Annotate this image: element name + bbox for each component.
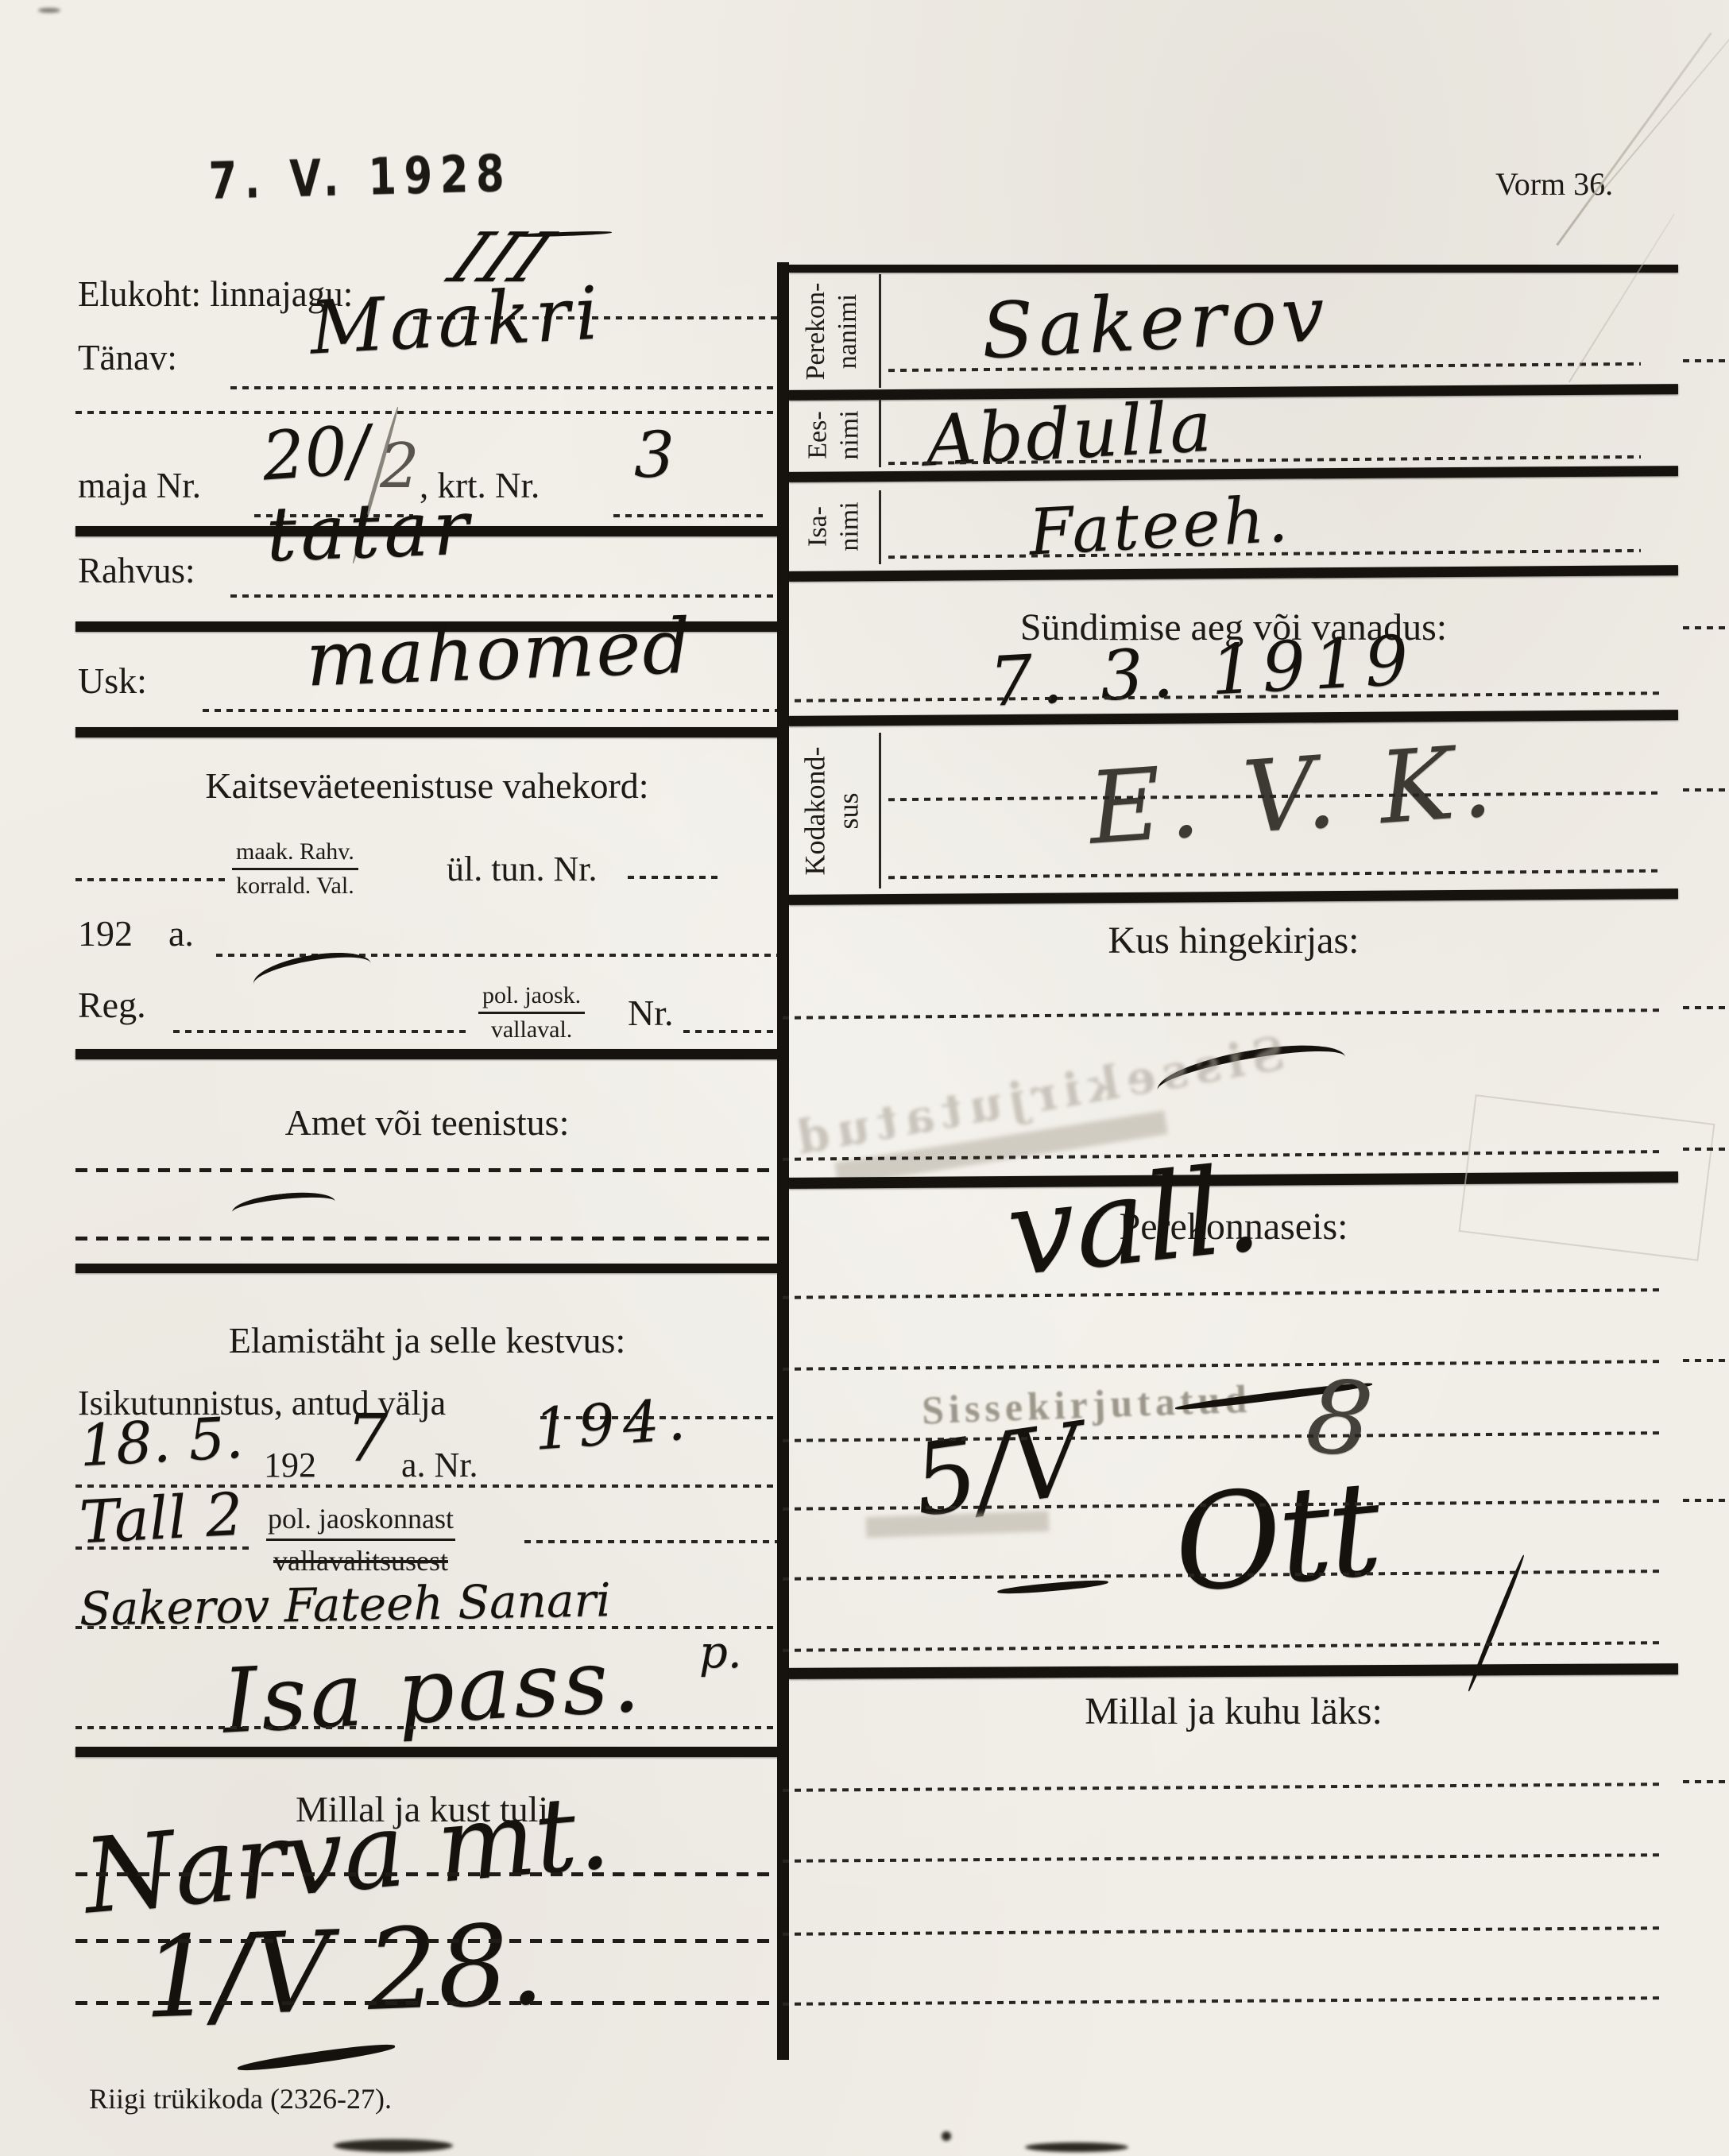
divider xyxy=(789,888,1678,905)
issue-year-printed: 192 xyxy=(264,1445,316,1485)
margin-line-stub xyxy=(1683,788,1727,792)
rahvus-label: Rahvus: xyxy=(78,550,195,591)
usk-value: mahomed xyxy=(304,610,693,699)
label-line: Ees- xyxy=(803,411,833,459)
margin-line-stub xyxy=(1683,1499,1727,1502)
clerk-signature: Ott xyxy=(1169,1463,1383,1612)
dotted-line xyxy=(524,1540,779,1543)
dotted-line xyxy=(783,1926,1665,1936)
label-line: sus xyxy=(833,792,864,829)
elamistaht-section-heading: Elamistäht ja selle kestvus: xyxy=(75,1319,779,1361)
divider xyxy=(75,1049,779,1059)
reg-nr-label: Nr. xyxy=(628,992,674,1034)
maja-nr-value: 20/ xyxy=(260,416,372,490)
label-line: Isa- xyxy=(803,506,833,547)
dotted-line xyxy=(628,876,721,879)
margin-line-stub xyxy=(1683,626,1727,629)
dotted-line xyxy=(613,514,767,517)
divider xyxy=(789,565,1678,582)
divider xyxy=(789,710,1678,726)
tuli-date-value: 1/V 28. xyxy=(141,1910,546,2035)
label-line: Kodakond- xyxy=(799,747,831,876)
dotted-line xyxy=(203,709,779,712)
military-authority-fraction: maak. Rahv. korrald. Val. xyxy=(232,838,358,900)
margin-line-stub xyxy=(1683,1359,1727,1362)
issue-number-value: 194. xyxy=(532,1390,695,1458)
year-prefix: 192 xyxy=(78,912,133,954)
divider xyxy=(75,1264,779,1273)
usk-label: Usk: xyxy=(78,660,147,702)
issue-office-value: Tall 2 xyxy=(78,1485,244,1553)
dotted-line xyxy=(75,1546,254,1550)
dotted-line xyxy=(683,1030,779,1033)
isanimi-label: Isa- nimi xyxy=(803,467,870,586)
isa-pass-value: Isa pass. xyxy=(220,1635,644,1747)
dotted-line xyxy=(230,386,779,389)
reg-authority-fraction: pol. jaosk. vallaval. xyxy=(478,982,585,1043)
date-stamp: 7. V. 1928 xyxy=(208,145,513,211)
holder-name-value: Sakerov Fateeh Sanari xyxy=(79,1577,612,1632)
dotted-line xyxy=(75,1726,779,1729)
pen-underline xyxy=(237,2041,396,2074)
divider xyxy=(789,1663,1678,1679)
dotted-line xyxy=(230,594,779,598)
dotted-line xyxy=(783,1008,1661,1020)
dotted-line xyxy=(783,1853,1665,1863)
year-a-label: a. xyxy=(168,912,194,954)
form-number: Vorm 36. xyxy=(1495,165,1613,203)
scan-smudge xyxy=(334,2139,453,2152)
dotted-line xyxy=(783,1360,1661,1371)
fraction-bottom: korrald. Val. xyxy=(232,870,358,900)
fraction-top: maak. Rahv. xyxy=(232,838,358,870)
dotted-line xyxy=(173,1030,466,1033)
sundimise-value: 7. 3. 1919 xyxy=(988,626,1418,717)
divider xyxy=(789,265,1678,273)
divider xyxy=(789,466,1678,482)
rahvus-value: tatar xyxy=(265,490,474,573)
ul-tun-nr-label: ül. tun. Nr. xyxy=(447,849,597,889)
tanav-value: Maakri xyxy=(308,277,605,365)
label-separator xyxy=(879,274,881,388)
dashed-line xyxy=(75,1237,779,1241)
hingekirjas-heading: Kus hingekirjas: xyxy=(791,919,1677,962)
printer-note: Riigi trükikoda (2326-27). xyxy=(89,2082,392,2115)
divider xyxy=(75,727,779,737)
fraction-bottom: vallaval. xyxy=(478,1014,585,1043)
issue-date-value: 18. 5. xyxy=(78,1409,245,1475)
fraction-top: pol. jaosk. xyxy=(478,982,585,1014)
pen-stroke xyxy=(231,1188,337,1225)
dotted-line xyxy=(75,878,226,881)
office-fraction: pol. jaoskonnast vallavalitsusest xyxy=(266,1502,455,1577)
registration-card-scan: 7. V. 1928 Vorm 36. Elukoht: linnajagu: … xyxy=(0,0,1729,2156)
dotted-line xyxy=(783,1996,1665,2006)
office-fraction-bottom: vallavalitsusest xyxy=(266,1541,455,1577)
dashed-line xyxy=(75,1168,779,1172)
label-line: Perekon- xyxy=(801,283,830,381)
dotted-line xyxy=(75,1626,779,1629)
kodakondsus-label: Kodakond- sus xyxy=(799,712,874,911)
label-line: nimi xyxy=(835,501,864,551)
amet-section-heading: Amet või teenistus: xyxy=(75,1101,779,1144)
perekonnanimi-value: Sakerov xyxy=(980,276,1331,370)
dashed-line xyxy=(75,1872,779,1876)
pen-underline xyxy=(997,1578,1108,1596)
label-line: nanimi xyxy=(833,294,862,369)
dotted-line xyxy=(783,1288,1661,1299)
label-separator xyxy=(879,733,881,888)
laks-heading: Millal ja kuhu läks: xyxy=(791,1690,1677,1733)
margin-line-stub xyxy=(1683,1006,1727,1009)
issue-a-nr-label: a. Nr. xyxy=(401,1445,478,1485)
maja-nr-label: maja Nr. xyxy=(78,465,201,506)
dotted-line xyxy=(783,1641,1661,1652)
krt-nr-value: 3 xyxy=(634,424,675,487)
paper-crease xyxy=(1568,213,1675,382)
dotted-line xyxy=(75,411,779,414)
military-section-heading: Kaitseväeteenistuse vahekord: xyxy=(75,764,779,807)
label-separator xyxy=(879,399,881,467)
dashed-line xyxy=(75,1939,779,1943)
label-separator xyxy=(879,490,881,564)
holder-name-suffix: p. xyxy=(699,1631,742,1675)
office-fraction-top: pol. jaoskonnast xyxy=(266,1502,455,1541)
issue-year-value: 7 xyxy=(346,1407,388,1472)
margin-line-stub xyxy=(1683,359,1727,362)
divider xyxy=(789,384,1678,401)
perekonnaseis-value: vall. xyxy=(1002,1149,1266,1294)
margin-line-stub xyxy=(1683,1780,1727,1783)
scan-smudge xyxy=(1025,2142,1128,2152)
divider xyxy=(75,1747,779,1757)
margin-line-stub xyxy=(1683,1148,1727,1151)
paper-crease xyxy=(1603,17,1729,189)
dotted-line xyxy=(783,1782,1665,1792)
label-line: nimi xyxy=(835,410,864,459)
paper-crease xyxy=(1556,33,1712,246)
dashed-line xyxy=(75,2001,779,2005)
dotted-line xyxy=(888,869,1661,879)
scan-smudge xyxy=(38,8,60,13)
reg-label: Reg. xyxy=(78,984,146,1026)
ghost-pencil-note xyxy=(866,1511,1050,1538)
scan-smudge xyxy=(942,2131,951,2141)
tanav-label: Tänav: xyxy=(78,337,177,378)
